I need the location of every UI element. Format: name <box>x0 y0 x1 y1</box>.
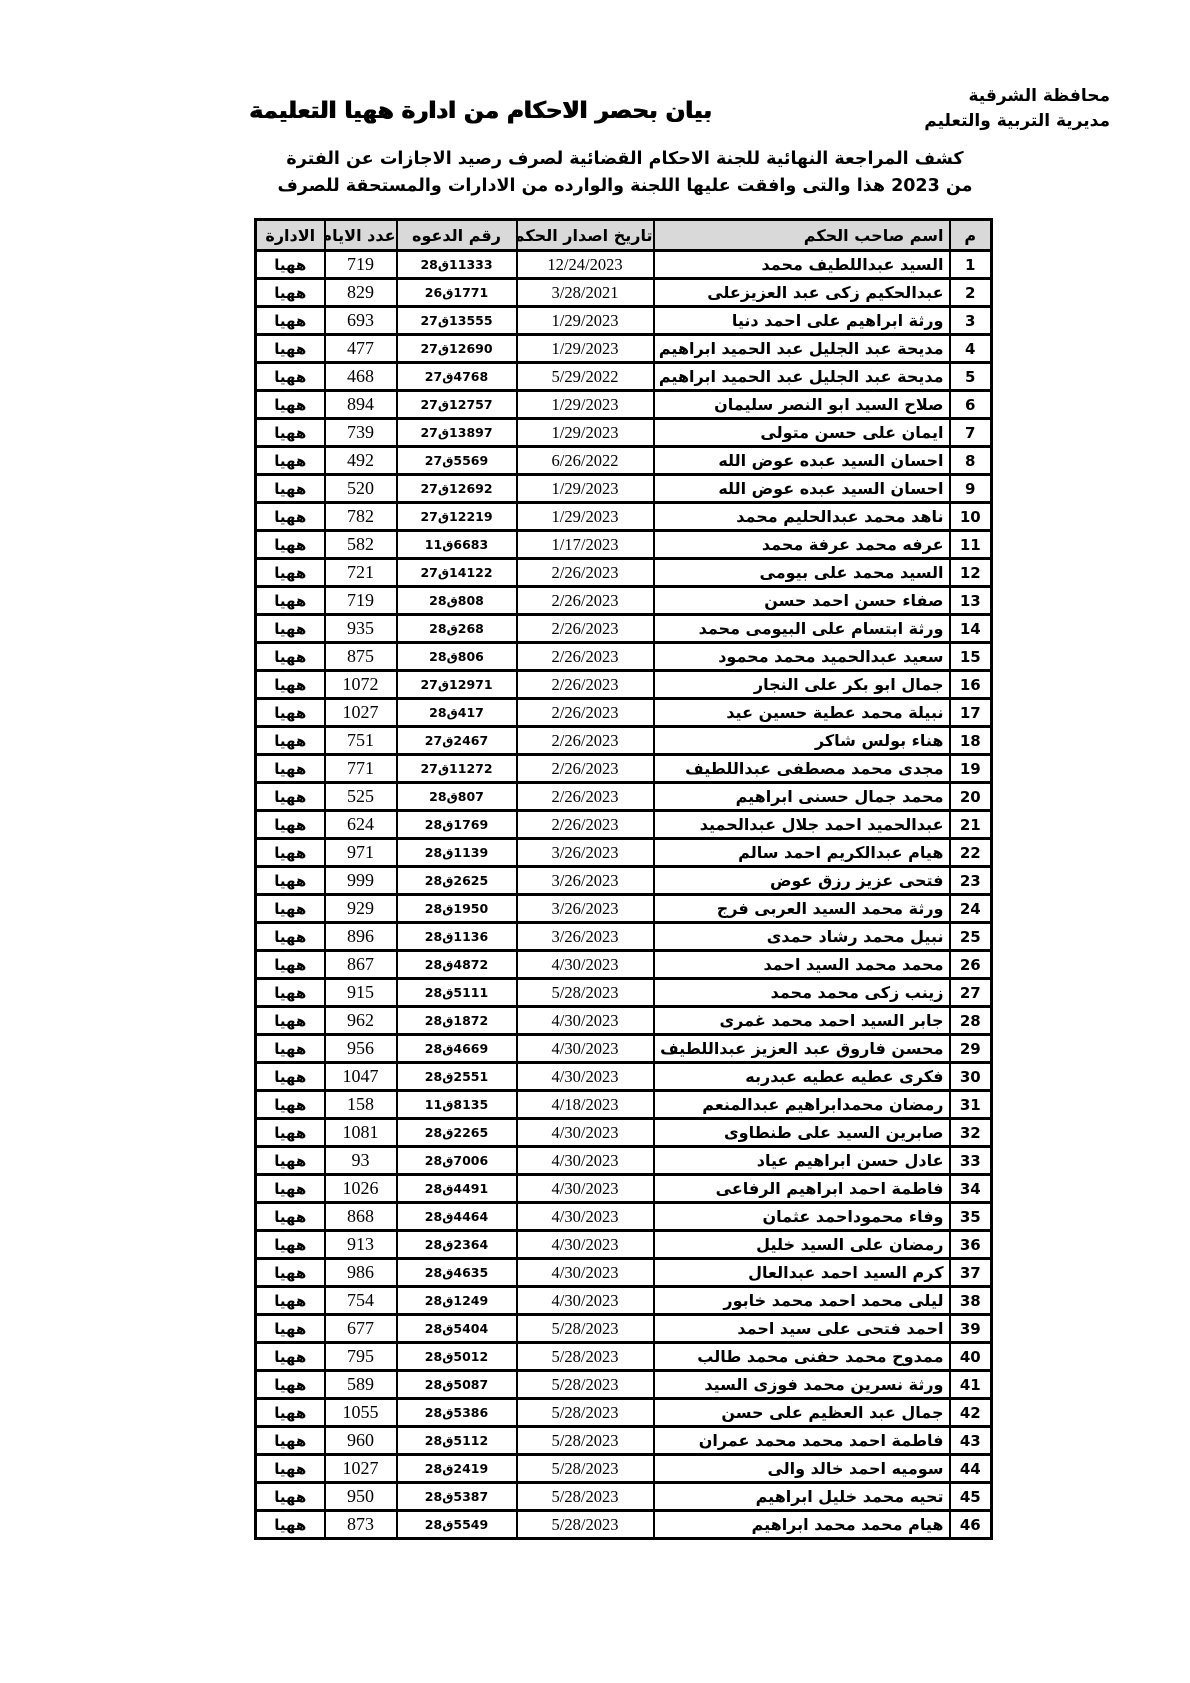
cell-date: 2/26/2023 <box>517 811 654 839</box>
cell-date: 4/30/2023 <box>517 1259 654 1287</box>
cell-case: 4635ق28 <box>397 1259 517 1287</box>
cell-name: احمد فتحى على سيد احمد <box>654 1315 950 1343</box>
table-row: 42جمال عبد العظيم على حسن5/28/20235386ق2… <box>256 1399 992 1427</box>
cell-name: مديحة عبد الجليل عبد الحميد ابراهيم <box>654 363 950 391</box>
header-cell-date: تاريخ اصدار الحكم <box>517 220 654 251</box>
cell-days: 751 <box>325 727 397 755</box>
cell-date: 1/29/2023 <box>517 307 654 335</box>
cell-days: 477 <box>325 335 397 363</box>
cell-admin: ههيا <box>256 923 325 951</box>
cell-case: 12692ق27 <box>397 475 517 503</box>
cell-case: 12971ق27 <box>397 671 517 699</box>
cell-admin: ههيا <box>256 895 325 923</box>
cell-date: 1/29/2023 <box>517 335 654 363</box>
cell-case: 5386ق28 <box>397 1399 517 1427</box>
cell-admin: ههيا <box>256 587 325 615</box>
cell-name: مجدى محمد مصطفى عبداللطيف <box>654 755 950 783</box>
cell-case: 2467ق27 <box>397 727 517 755</box>
cell-no: 5 <box>950 363 992 391</box>
cell-case: 5112ق28 <box>397 1427 517 1455</box>
cell-days: 582 <box>325 531 397 559</box>
cell-days: 754 <box>325 1287 397 1315</box>
table-header: م اسم صاحب الحكم تاريخ اصدار الحكم رقم ا… <box>256 220 992 251</box>
cell-admin: ههيا <box>256 391 325 419</box>
cell-days: 913 <box>325 1231 397 1259</box>
cell-days: 1026 <box>325 1175 397 1203</box>
cell-case: 13555ق27 <box>397 307 517 335</box>
cell-days: 589 <box>325 1371 397 1399</box>
cell-name: ورثة نسرين محمد فوزى السيد <box>654 1371 950 1399</box>
cell-name: السيد محمد على بيومى <box>654 559 950 587</box>
cell-case: 5404ق28 <box>397 1315 517 1343</box>
cell-name: محمد جمال حسنى ابراهيم <box>654 783 950 811</box>
cell-date: 2/26/2023 <box>517 587 654 615</box>
cell-case: 1249ق28 <box>397 1287 517 1315</box>
cell-days: 782 <box>325 503 397 531</box>
cell-date: 2/26/2023 <box>517 699 654 727</box>
cell-date: 1/29/2023 <box>517 391 654 419</box>
cell-case: 5387ق28 <box>397 1483 517 1511</box>
cell-name: زينب زكى محمد محمد <box>654 979 950 1007</box>
cell-date: 4/30/2023 <box>517 1203 654 1231</box>
cell-name: سعيد عبدالحميد محمد محمود <box>654 643 950 671</box>
cell-case: 417ق28 <box>397 699 517 727</box>
cell-date: 4/30/2023 <box>517 1231 654 1259</box>
table-row: 10ناهد محمد عبدالحليم محمد1/29/202312219… <box>256 503 992 531</box>
cell-case: 4464ق28 <box>397 1203 517 1231</box>
cell-admin: ههيا <box>256 699 325 727</box>
cell-days: 771 <box>325 755 397 783</box>
cell-case: 4872ق28 <box>397 951 517 979</box>
cell-date: 3/26/2023 <box>517 895 654 923</box>
cell-no: 22 <box>950 839 992 867</box>
cell-no: 39 <box>950 1315 992 1343</box>
cell-date: 3/28/2021 <box>517 279 654 307</box>
cell-date: 2/26/2023 <box>517 559 654 587</box>
cell-admin: ههيا <box>256 503 325 531</box>
cell-no: 8 <box>950 447 992 475</box>
org-line-governorate: محافظة الشرقية <box>924 84 1110 109</box>
table-row: 36رمضان على السيد خليل4/30/20232364ق2891… <box>256 1231 992 1259</box>
cell-days: 1081 <box>325 1119 397 1147</box>
cell-name: رمضان محمدابراهيم عبدالمنعم <box>654 1091 950 1119</box>
cell-days: 960 <box>325 1427 397 1455</box>
cell-admin: ههيا <box>256 531 325 559</box>
cell-days: 1027 <box>325 699 397 727</box>
cell-case: 5549ق28 <box>397 1511 517 1539</box>
cell-admin: ههيا <box>256 1259 325 1287</box>
table-row: 11عرفه محمد عرفة محمد1/17/20236683ق11582… <box>256 531 992 559</box>
cell-no: 19 <box>950 755 992 783</box>
cell-name: هناء بولس شاكر <box>654 727 950 755</box>
cell-no: 25 <box>950 923 992 951</box>
cell-date: 5/28/2023 <box>517 1483 654 1511</box>
table-row: 20محمد جمال حسنى ابراهيم2/26/2023807ق285… <box>256 783 992 811</box>
cell-date: 4/30/2023 <box>517 1035 654 1063</box>
cell-days: 693 <box>325 307 397 335</box>
table-row: 19مجدى محمد مصطفى عبداللطيف2/26/20231127… <box>256 755 992 783</box>
header-cell-no: م <box>950 220 992 251</box>
cell-admin: ههيا <box>256 979 325 1007</box>
table-row: 33عادل حسن ابراهيم عياد4/30/20237006ق289… <box>256 1147 992 1175</box>
table-row: 14ورثة ابتسام على البيومى محمد2/26/20232… <box>256 615 992 643</box>
cell-case: 1872ق28 <box>397 1007 517 1035</box>
table-row: 40ممدوح محمد حفنى محمد طالب5/28/20235012… <box>256 1343 992 1371</box>
cell-days: 1047 <box>325 1063 397 1091</box>
cell-case: 1769ق28 <box>397 811 517 839</box>
cell-case: 1139ق28 <box>397 839 517 867</box>
table-body: 1السيد عبداللطيف محمد12/24/202311333ق287… <box>256 251 992 1539</box>
header-cell-admin: الادارة <box>256 220 325 251</box>
cell-days: 829 <box>325 279 397 307</box>
cell-no: 1 <box>950 251 992 279</box>
cell-name: جمال عبد العظيم على حسن <box>654 1399 950 1427</box>
cell-admin: ههيا <box>256 1147 325 1175</box>
table-row: 29محسن فاروق عبد العزيز عبداللطيف4/30/20… <box>256 1035 992 1063</box>
cell-date: 5/28/2023 <box>517 1511 654 1539</box>
cell-case: 807ق28 <box>397 783 517 811</box>
cell-days: 93 <box>325 1147 397 1175</box>
cell-name: صابرين السيد على طنطاوى <box>654 1119 950 1147</box>
cell-date: 2/26/2023 <box>517 783 654 811</box>
cell-case: 1136ق28 <box>397 923 517 951</box>
cell-name: ورثة محمد السيد العربى فرج <box>654 895 950 923</box>
cell-name: وفاء محموداحمد عثمان <box>654 1203 950 1231</box>
cell-no: 2 <box>950 279 992 307</box>
cell-case: 7006ق28 <box>397 1147 517 1175</box>
cell-admin: ههيا <box>256 951 325 979</box>
table-row: 12السيد محمد على بيومى2/26/202314122ق277… <box>256 559 992 587</box>
cell-admin: ههيا <box>256 559 325 587</box>
table-row: 37كرم السيد احمد عبدالعال4/30/20234635ق2… <box>256 1259 992 1287</box>
cell-no: 45 <box>950 1483 992 1511</box>
cell-no: 3 <box>950 307 992 335</box>
cell-no: 23 <box>950 867 992 895</box>
cell-no: 40 <box>950 1343 992 1371</box>
cell-case: 1950ق28 <box>397 895 517 923</box>
table-row: 23فتحى عزيز رزق عوض3/26/20232625ق28999هه… <box>256 867 992 895</box>
cell-name: صلاح السيد ابو النصر سليمان <box>654 391 950 419</box>
cell-no: 21 <box>950 811 992 839</box>
table-row: 3ورثة ابراهيم على احمد دنيا1/29/20231355… <box>256 307 992 335</box>
cell-name: تحيه محمد خليل ابراهيم <box>654 1483 950 1511</box>
cell-admin: ههيا <box>256 1063 325 1091</box>
cell-days: 999 <box>325 867 397 895</box>
cell-case: 808ق28 <box>397 587 517 615</box>
cell-no: 4 <box>950 335 992 363</box>
cell-admin: ههيا <box>256 839 325 867</box>
cell-admin: ههيا <box>256 1287 325 1315</box>
table-row: 2عبدالحكيم زكى عبد العزيزعلى3/28/2021177… <box>256 279 992 307</box>
cell-admin: ههيا <box>256 1511 325 1539</box>
cell-no: 9 <box>950 475 992 503</box>
cell-days: 520 <box>325 475 397 503</box>
cell-name: ناهد محمد عبدالحليم محمد <box>654 503 950 531</box>
cell-name: احسان السيد عبده عوض الله <box>654 475 950 503</box>
table-row: 8احسان السيد عبده عوض الله6/26/20225569ق… <box>256 447 992 475</box>
cell-case: 6683ق11 <box>397 531 517 559</box>
cell-date: 2/26/2023 <box>517 643 654 671</box>
cell-date: 1/29/2023 <box>517 503 654 531</box>
cell-days: 868 <box>325 1203 397 1231</box>
table-row: 32صابرين السيد على طنطاوى4/30/20232265ق2… <box>256 1119 992 1147</box>
cell-days: 873 <box>325 1511 397 1539</box>
cell-date: 2/26/2023 <box>517 755 654 783</box>
cell-admin: ههيا <box>256 1455 325 1483</box>
table-row: 1السيد عبداللطيف محمد12/24/202311333ق287… <box>256 251 992 279</box>
cell-date: 1/29/2023 <box>517 419 654 447</box>
table-row: 43فاطمة احمد محمد محمد عمران5/28/2023511… <box>256 1427 992 1455</box>
cell-name: جابر السيد احمد محمد غمرى <box>654 1007 950 1035</box>
cell-admin: ههيا <box>256 447 325 475</box>
org-line-directorate: مديرية التربية والتعليم <box>924 109 1110 134</box>
cell-case: 5569ق27 <box>397 447 517 475</box>
cell-no: 37 <box>950 1259 992 1287</box>
cell-name: عبدالحميد احمد جلال عبدالحميد <box>654 811 950 839</box>
cell-no: 33 <box>950 1147 992 1175</box>
cell-admin: ههيا <box>256 671 325 699</box>
org-block: محافظة الشرقية مديرية التربية والتعليم <box>924 84 1110 134</box>
cell-days: 492 <box>325 447 397 475</box>
cell-date: 4/30/2023 <box>517 1063 654 1091</box>
cell-no: 43 <box>950 1427 992 1455</box>
cell-case: 2419ق28 <box>397 1455 517 1483</box>
cell-no: 10 <box>950 503 992 531</box>
cell-days: 721 <box>325 559 397 587</box>
cell-name: ورثة ابتسام على البيومى محمد <box>654 615 950 643</box>
cell-no: 26 <box>950 951 992 979</box>
cell-admin: ههيا <box>256 1035 325 1063</box>
table-row: 41ورثة نسرين محمد فوزى السيد5/28/2023508… <box>256 1371 992 1399</box>
cell-case: 13897ق27 <box>397 419 517 447</box>
table-row: 39احمد فتحى على سيد احمد5/28/20235404ق28… <box>256 1315 992 1343</box>
table-header-row: م اسم صاحب الحكم تاريخ اصدار الحكم رقم ا… <box>256 220 992 251</box>
table-row: 46هيام محمد محمد ابراهيم5/28/20235549ق28… <box>256 1511 992 1539</box>
table-row: 27زينب زكى محمد محمد5/28/20235111ق28915ه… <box>256 979 992 1007</box>
cell-name: فكرى عطيه عطيه عبدربه <box>654 1063 950 1091</box>
cell-days: 894 <box>325 391 397 419</box>
table-row: 45تحيه محمد خليل ابراهيم5/28/20235387ق28… <box>256 1483 992 1511</box>
cell-case: 2265ق28 <box>397 1119 517 1147</box>
cell-date: 2/26/2023 <box>517 727 654 755</box>
cell-name: ليلى محمد احمد محمد خابور <box>654 1287 950 1315</box>
cell-date: 3/26/2023 <box>517 923 654 951</box>
cell-no: 29 <box>950 1035 992 1063</box>
cell-no: 7 <box>950 419 992 447</box>
cell-admin: ههيا <box>256 335 325 363</box>
cell-admin: ههيا <box>256 307 325 335</box>
cell-date: 2/26/2023 <box>517 615 654 643</box>
cell-date: 1/17/2023 <box>517 531 654 559</box>
cell-date: 4/30/2023 <box>517 1147 654 1175</box>
table-row: 4مديحة عبد الجليل عبد الحميد ابراهيم1/29… <box>256 335 992 363</box>
cell-no: 18 <box>950 727 992 755</box>
cell-case: 2625ق28 <box>397 867 517 895</box>
table-row: 26محمد محمد السيد احمد4/30/20234872ق2886… <box>256 951 992 979</box>
cell-case: 5111ق28 <box>397 979 517 1007</box>
cell-name: فاطمة احمد محمد محمد عمران <box>654 1427 950 1455</box>
cell-name: سوميه احمد خالد والى <box>654 1455 950 1483</box>
cell-date: 3/26/2023 <box>517 867 654 895</box>
table-row: 30فكرى عطيه عطيه عبدربه4/30/20232551ق281… <box>256 1063 992 1091</box>
cell-case: 5012ق28 <box>397 1343 517 1371</box>
table-row: 25نبيل محمد رشاد حمدى3/26/20231136ق28896… <box>256 923 992 951</box>
cell-days: 719 <box>325 587 397 615</box>
table-row: 38ليلى محمد احمد محمد خابور4/30/20231249… <box>256 1287 992 1315</box>
cell-date: 6/26/2022 <box>517 447 654 475</box>
cell-days: 624 <box>325 811 397 839</box>
cell-admin: ههيا <box>256 279 325 307</box>
cell-case: 268ق28 <box>397 615 517 643</box>
cell-name: ورثة ابراهيم على احمد دنيا <box>654 307 950 335</box>
cell-admin: ههيا <box>256 643 325 671</box>
table-row: 17نبيلة محمد عطية حسين عيد2/26/2023417ق2… <box>256 699 992 727</box>
cell-no: 38 <box>950 1287 992 1315</box>
cell-admin: ههيا <box>256 811 325 839</box>
cell-name: فتحى عزيز رزق عوض <box>654 867 950 895</box>
cell-date: 1/29/2023 <box>517 475 654 503</box>
table-row: 6صلاح السيد ابو النصر سليمان1/29/2023127… <box>256 391 992 419</box>
subtitle-line-1: كشف المراجعة النهائية للجنة الاحكام القض… <box>265 146 985 173</box>
cell-date: 4/30/2023 <box>517 1287 654 1315</box>
cell-date: 4/30/2023 <box>517 1119 654 1147</box>
cell-no: 13 <box>950 587 992 615</box>
cell-no: 11 <box>950 531 992 559</box>
cell-admin: ههيا <box>256 475 325 503</box>
cell-date: 5/28/2023 <box>517 1315 654 1343</box>
table-row: 5مديحة عبد الجليل عبد الحميد ابراهيم5/29… <box>256 363 992 391</box>
table-row: 28جابر السيد احمد محمد غمرى4/30/20231872… <box>256 1007 992 1035</box>
table-row: 24ورثة محمد السيد العربى فرج3/26/2023195… <box>256 895 992 923</box>
cell-date: 4/30/2023 <box>517 1007 654 1035</box>
cell-case: 4669ق28 <box>397 1035 517 1063</box>
cell-no: 12 <box>950 559 992 587</box>
cell-admin: ههيا <box>256 1231 325 1259</box>
cell-name: ايمان على حسن متولى <box>654 419 950 447</box>
cell-days: 1055 <box>325 1399 397 1427</box>
cell-case: 4768ق27 <box>397 363 517 391</box>
cell-no: 24 <box>950 895 992 923</box>
cell-days: 867 <box>325 951 397 979</box>
cell-no: 28 <box>950 1007 992 1035</box>
cell-date: 5/28/2023 <box>517 1343 654 1371</box>
cell-days: 962 <box>325 1007 397 1035</box>
cell-no: 16 <box>950 671 992 699</box>
cell-name: محمد محمد السيد احمد <box>654 951 950 979</box>
subtitle-block: كشف المراجعة النهائية للجنة الاحكام القض… <box>265 146 985 200</box>
table-row: 15سعيد عبدالحميد محمد محمود2/26/2023806ق… <box>256 643 992 671</box>
cell-days: 1027 <box>325 1455 397 1483</box>
cell-name: عرفه محمد عرفة محمد <box>654 531 950 559</box>
cell-admin: ههيا <box>256 1119 325 1147</box>
cell-date: 5/28/2023 <box>517 1371 654 1399</box>
cell-admin: ههيا <box>256 1175 325 1203</box>
table-row: 18هناء بولس شاكر2/26/20232467ق27751ههيا <box>256 727 992 755</box>
document-page: محافظة الشرقية مديرية التربية والتعليم ب… <box>0 0 1190 1683</box>
cell-no: 15 <box>950 643 992 671</box>
cell-no: 41 <box>950 1371 992 1399</box>
cell-days: 795 <box>325 1343 397 1371</box>
cell-name: نبيل محمد رشاد حمدى <box>654 923 950 951</box>
cell-days: 719 <box>325 251 397 279</box>
cell-admin: ههيا <box>256 1315 325 1343</box>
cell-no: 42 <box>950 1399 992 1427</box>
cell-admin: ههيا <box>256 1007 325 1035</box>
cell-name: ممدوح محمد حفنى محمد طالب <box>654 1343 950 1371</box>
header-cell-days: عدد الايام <box>325 220 397 251</box>
cell-case: 14122ق27 <box>397 559 517 587</box>
cell-admin: ههيا <box>256 615 325 643</box>
cell-days: 1072 <box>325 671 397 699</box>
cell-name: محسن فاروق عبد العزيز عبداللطيف <box>654 1035 950 1063</box>
cell-days: 739 <box>325 419 397 447</box>
table-row: 34فاطمة احمد ابراهيم الرفاعى4/30/2023449… <box>256 1175 992 1203</box>
cell-admin: ههيا <box>256 755 325 783</box>
judgments-table: م اسم صاحب الحكم تاريخ اصدار الحكم رقم ا… <box>254 218 993 1540</box>
table-row: 44سوميه احمد خالد والى5/28/20232419ق2810… <box>256 1455 992 1483</box>
cell-date: 5/29/2022 <box>517 363 654 391</box>
cell-days: 935 <box>325 615 397 643</box>
cell-no: 6 <box>950 391 992 419</box>
cell-name: صفاء حسن احمد حسن <box>654 587 950 615</box>
cell-admin: ههيا <box>256 363 325 391</box>
cell-name: السيد عبداللطيف محمد <box>654 251 950 279</box>
cell-name: عادل حسن ابراهيم عياد <box>654 1147 950 1175</box>
cell-no: 14 <box>950 615 992 643</box>
cell-admin: ههيا <box>256 1427 325 1455</box>
cell-name: رمضان على السيد خليل <box>654 1231 950 1259</box>
cell-case: 12757ق27 <box>397 391 517 419</box>
cell-days: 956 <box>325 1035 397 1063</box>
cell-admin: ههيا <box>256 727 325 755</box>
cell-no: 46 <box>950 1511 992 1539</box>
cell-days: 971 <box>325 839 397 867</box>
cell-no: 30 <box>950 1063 992 1091</box>
cell-date: 4/18/2023 <box>517 1091 654 1119</box>
cell-no: 20 <box>950 783 992 811</box>
cell-days: 875 <box>325 643 397 671</box>
cell-name: مديحة عبد الجليل عبد الحميد ابراهيم <box>654 335 950 363</box>
cell-case: 4491ق28 <box>397 1175 517 1203</box>
table-row: 7ايمان على حسن متولى1/29/202313897ق27739… <box>256 419 992 447</box>
cell-date: 5/28/2023 <box>517 1455 654 1483</box>
cell-admin: ههيا <box>256 1343 325 1371</box>
cell-case: 11272ق27 <box>397 755 517 783</box>
cell-days: 468 <box>325 363 397 391</box>
cell-admin: ههيا <box>256 419 325 447</box>
cell-days: 915 <box>325 979 397 1007</box>
cell-admin: ههيا <box>256 783 325 811</box>
cell-name: فاطمة احمد ابراهيم الرفاعى <box>654 1175 950 1203</box>
cell-no: 32 <box>950 1119 992 1147</box>
cell-no: 17 <box>950 699 992 727</box>
cell-no: 35 <box>950 1203 992 1231</box>
cell-no: 44 <box>950 1455 992 1483</box>
cell-days: 525 <box>325 783 397 811</box>
table-row: 13صفاء حسن احمد حسن2/26/2023808ق28719ههي… <box>256 587 992 615</box>
cell-days: 950 <box>325 1483 397 1511</box>
cell-case: 806ق28 <box>397 643 517 671</box>
cell-no: 36 <box>950 1231 992 1259</box>
header-cell-name: اسم صاحب الحكم <box>654 220 950 251</box>
cell-date: 5/28/2023 <box>517 1427 654 1455</box>
cell-case: 1771ق26 <box>397 279 517 307</box>
table-row: 22هيام عبدالكريم احمد سالم3/26/20231139ق… <box>256 839 992 867</box>
cell-name: عبدالحكيم زكى عبد العزيزعلى <box>654 279 950 307</box>
table-row: 21عبدالحميد احمد جلال عبدالحميد2/26/2023… <box>256 811 992 839</box>
cell-name: هيام محمد محمد ابراهيم <box>654 1511 950 1539</box>
cell-admin: ههيا <box>256 1371 325 1399</box>
